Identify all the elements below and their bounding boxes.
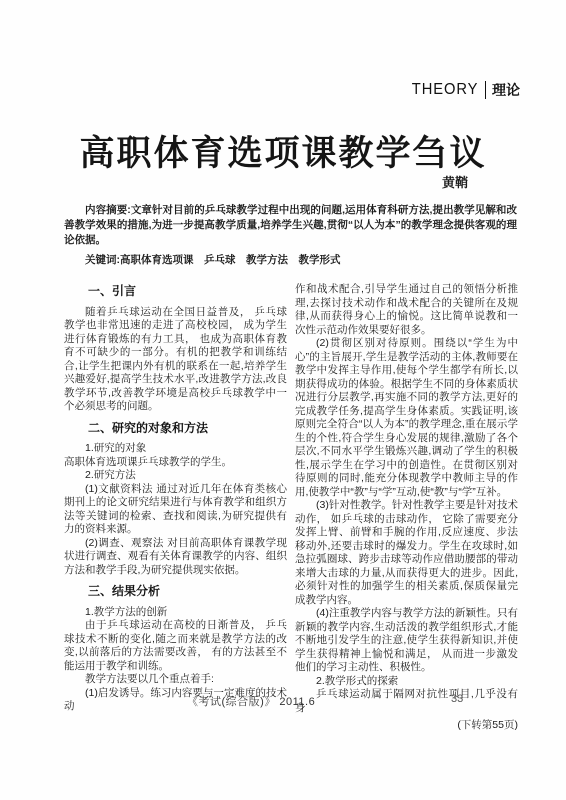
column-right: 作和战术配合,引导学生通过自己的领悟分析推理,去探讨技术动作和战术配合的关键所在… xyxy=(295,283,518,683)
column-left: 一、引言 随着乒乓球运动在全国日益普及， 乒乓球教学也非常迅速的走进了高校校园，… xyxy=(64,283,287,683)
author-name: 黄鞘 xyxy=(442,172,468,191)
journal-section-en-label: THEORY xyxy=(411,81,478,99)
paper-title: 高职体育选项课教学刍议 xyxy=(0,126,566,176)
continuation-paragraph: 作和战术配合,引导学生通过自己的领悟分析推理,去探讨技术动作和战术配合的关键所在… xyxy=(295,283,518,337)
paragraph: 2.教学形式的探索 xyxy=(295,675,518,689)
header-divider xyxy=(485,81,486,99)
section-heading: 三、结果分析 xyxy=(64,585,287,599)
paragraph: (4)注重教学内容与教学方法的新颖性。只有新颖的教学内容,生动活泼的教学组织形式… xyxy=(295,607,518,675)
paragraph: 1.教学方法的创新 xyxy=(64,606,287,620)
abstract-text: 内容摘要:文章针对目前的乒乓球教学过程中出现的问题,运用体育科研方法,提出教学见… xyxy=(64,203,517,248)
body-columns: 一、引言 随着乒乓球运动在全国日益普及， 乒乓球教学也非常迅速的走进了高校校园，… xyxy=(64,283,518,683)
paragraph: (3)针对性教学。针对性教学主要是针对技术动作， 如乒乓球的击球动作， 它除了需… xyxy=(295,499,518,607)
footer-page-number: 33 xyxy=(451,693,463,705)
paragraph: (2)调查、观察法 对目前高职体育课教学现状进行调查、观看有关体育课教学的内容、… xyxy=(64,537,287,578)
paragraph: 随着乒乓球运动在全国日益普及， 乒乓球教学也非常迅速的走进了高校校园， 成为学生… xyxy=(64,306,287,414)
journal-section-header: THEORY 理论 xyxy=(406,80,520,100)
section-heading: 二、研究的对象和方法 xyxy=(64,422,287,436)
paragraph: (1)文献资料法 通过对近几年在体育类核心期刊上的论文研究结果进行与体育教学和组… xyxy=(64,483,287,537)
paragraph: 教学方法要以几个重点着手: xyxy=(64,673,287,687)
paragraph: 2.研究方法 xyxy=(64,469,287,483)
footer-journal-issue: 《考试(综合版)》 2011.6 xyxy=(187,693,315,709)
paragraph: 由于乒乓球运动在高校的日渐普及， 乒乓球技术不断的变化,随之而来就是教学方法的改… xyxy=(64,619,287,673)
continued-on-page-note: (下转第55页) xyxy=(295,719,518,733)
keywords-line: 关键词:高职体育选项课 乒乓球 教学方法 教学形式 xyxy=(64,253,517,268)
section-heading: 一、引言 xyxy=(64,285,287,299)
paragraph: 1.研究的对象 xyxy=(64,442,287,456)
paragraph: 乒乓球运动属于隔网对抗性项目,几乎没有身 xyxy=(295,688,518,715)
abstract-block: 内容摘要:文章针对目前的乒乓球教学过程中出现的问题,运用体育科研方法,提出教学见… xyxy=(64,203,517,268)
paragraph: (2)贯彻区别对待原则。围绕以“学生为中心”的主旨展开,学生是教学活动的主体,教… xyxy=(295,337,518,499)
paper-page: THEORY 理论 高职体育选项课教学刍议 黄鞘 内容摘要:文章针对目前的乒乓球… xyxy=(0,0,566,800)
journal-section-cn-label: 理论 xyxy=(492,80,520,100)
paragraph: 高职体育选项课乒乓球教学的学生。 xyxy=(64,456,287,470)
